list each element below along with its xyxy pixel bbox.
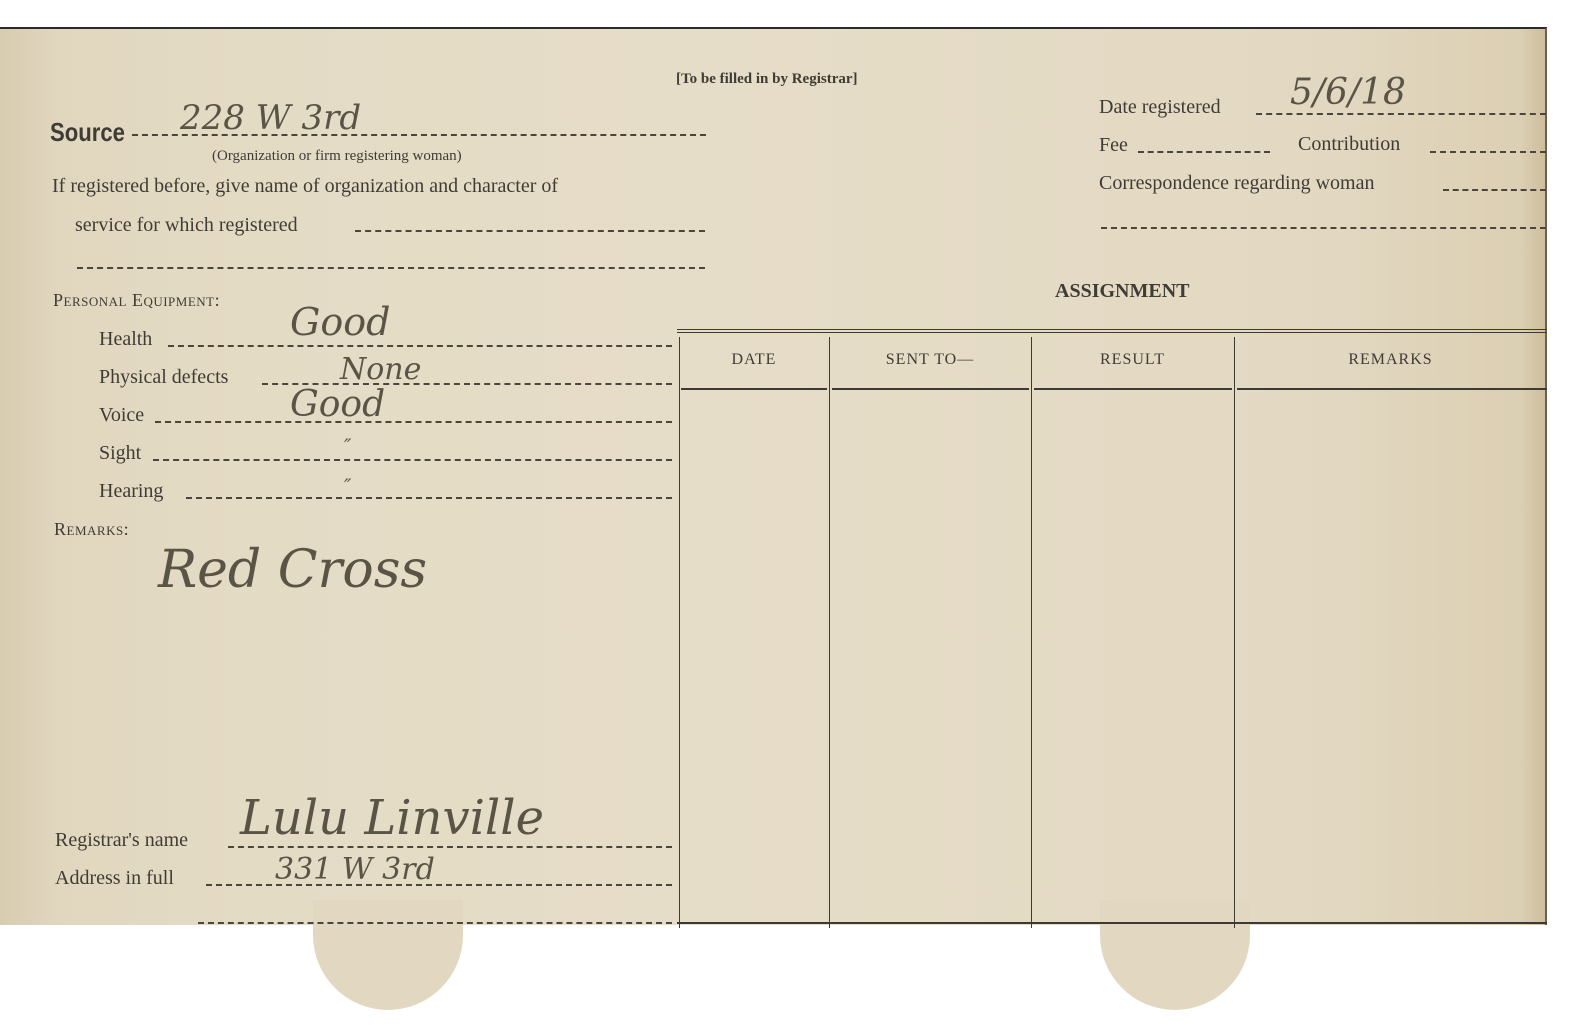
assignment-title: ASSIGNMENT	[1055, 280, 1189, 303]
header-rule	[1034, 388, 1232, 390]
col-divider	[679, 337, 680, 928]
header-rule	[681, 388, 827, 390]
voice-line	[155, 421, 672, 423]
sight-line	[153, 459, 672, 461]
col-divider	[1031, 337, 1032, 928]
health-line	[168, 345, 672, 347]
assignment-table: DATE SENT TO— RESULT REMARKS	[677, 329, 1547, 928]
contribution-label: Contribution	[1298, 133, 1400, 156]
fee-label: Fee	[1099, 134, 1128, 157]
registrar-name-value[interactable]: Lulu Linville	[240, 790, 544, 846]
date-registered-label: Date registered	[1099, 96, 1221, 119]
personal-equipment-heading: Personal Equipment:	[53, 290, 220, 311]
date-registered-value[interactable]: 5/6/18	[1290, 72, 1406, 113]
header-rule	[832, 388, 1029, 390]
source-caption: (Organization or firm registering woman)	[212, 148, 462, 165]
sight-label: Sight	[99, 442, 141, 465]
voice-label: Voice	[99, 404, 144, 427]
column-header-date: DATE	[679, 351, 829, 369]
address-line-2[interactable]	[198, 922, 672, 924]
column-header-sent-to: SENT TO—	[829, 351, 1031, 369]
physical-defects-label: Physical defects	[99, 366, 228, 389]
remarks-heading: Remarks:	[54, 519, 129, 540]
remarks-value[interactable]: Red Cross	[158, 540, 427, 600]
col-divider	[829, 337, 830, 928]
hearing-label: Hearing	[99, 480, 163, 503]
physical-defects-value[interactable]: None	[340, 352, 421, 387]
health-value[interactable]: Good	[290, 300, 390, 344]
hearing-line	[186, 497, 672, 499]
correspondence-line-2[interactable]	[1101, 227, 1546, 229]
address-value[interactable]: 331 W 3rd	[275, 852, 435, 887]
registrar-name-label: Registrar's name	[55, 829, 188, 852]
contribution-line[interactable]	[1430, 151, 1546, 153]
address-label: Address in full	[55, 867, 174, 890]
hearing-value[interactable]: ″	[344, 474, 351, 498]
table-bottom-rule	[677, 922, 1547, 924]
correspondence-line[interactable]	[1443, 189, 1546, 191]
registrar-name-line	[228, 846, 672, 848]
date-registered-line	[1256, 113, 1546, 115]
card-tab-left	[313, 900, 463, 1010]
sight-value[interactable]: ″	[344, 434, 351, 458]
source-value[interactable]: 228 W 3rd	[180, 98, 361, 138]
registered-before-line-2[interactable]	[77, 267, 705, 269]
voice-value[interactable]: Good	[290, 384, 385, 425]
fee-line[interactable]	[1138, 151, 1270, 153]
registered-before-label-2: service for which registered	[75, 214, 298, 237]
column-header-result: RESULT	[1031, 351, 1234, 369]
col-divider	[1234, 337, 1235, 928]
header-rule	[1237, 388, 1547, 390]
column-header-remarks: REMARKS	[1234, 351, 1547, 369]
registered-before-label: If registered before, give name of organ…	[52, 175, 558, 198]
registrar-note: [To be filled in by Registrar]	[676, 71, 858, 88]
correspondence-label: Correspondence regarding woman	[1099, 172, 1374, 195]
source-label: Source	[50, 117, 125, 148]
health-label: Health	[99, 328, 152, 351]
registered-before-line[interactable]	[355, 230, 705, 232]
